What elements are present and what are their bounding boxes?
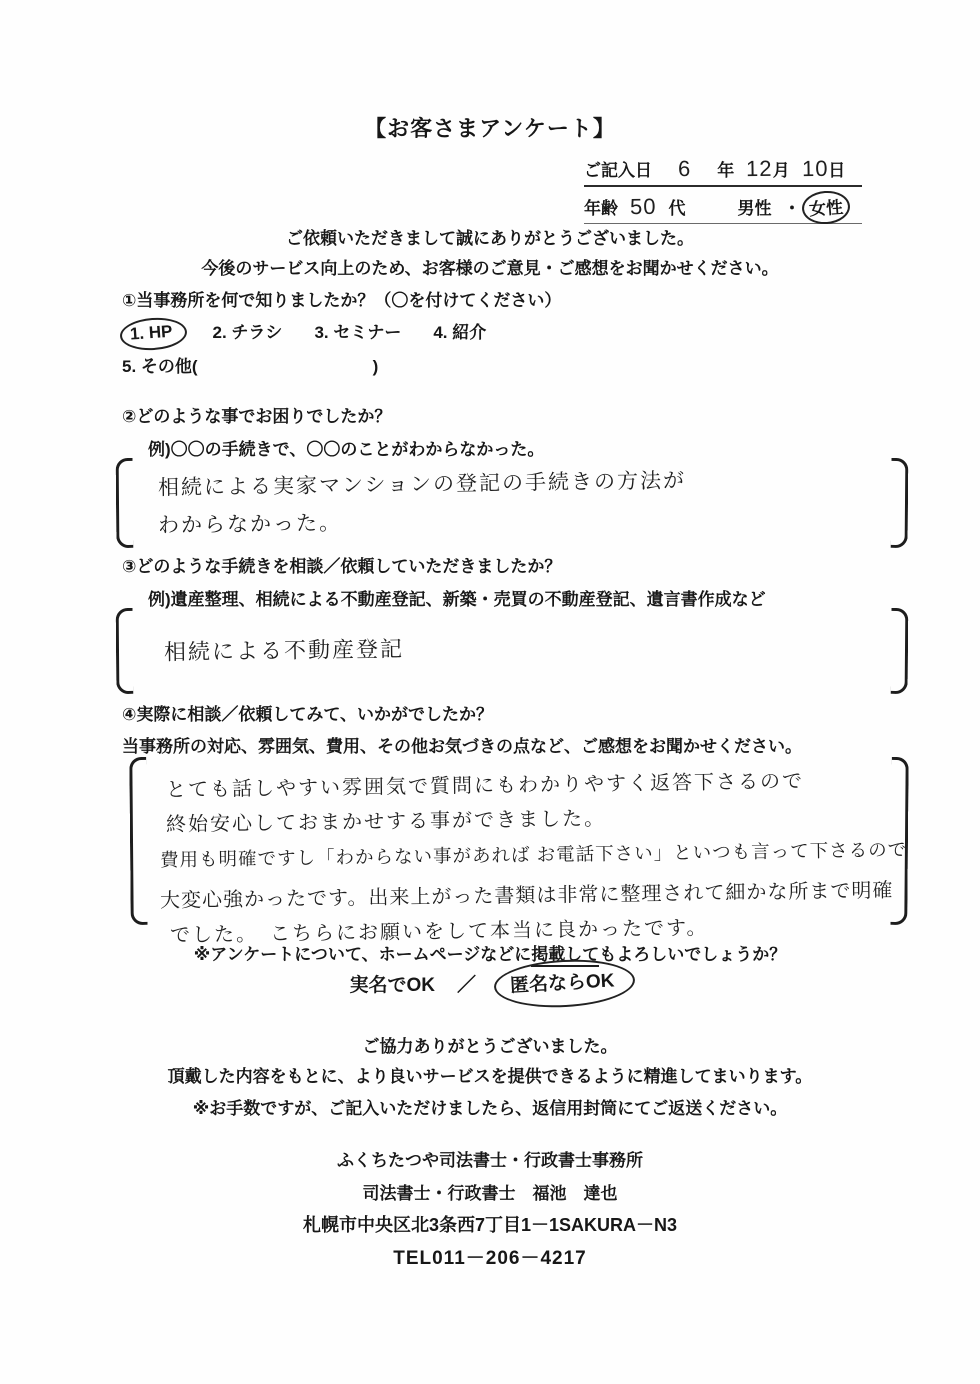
q4-answer-area: とても話しやすい雰囲気で質問にもわかりやすく返答下さるので 終始安心しておまかせ… bbox=[130, 757, 908, 925]
q1-question: ①当事務所を何で知りましたか？（〇を付けてください） bbox=[122, 286, 561, 311]
answer-bracket-right-icon bbox=[891, 608, 909, 694]
publish-question-suffix: もよろしいでしょうか？ bbox=[599, 945, 786, 964]
age-label: 年齢 bbox=[584, 194, 618, 219]
q1-option-other-suffix: ) bbox=[373, 357, 379, 376]
q4-handwritten-answer-line: 費用も明確ですし「わからない事があれば お電話下さい」といつも言って下さるので bbox=[160, 836, 907, 872]
footer-telephone: TEL011－206－4217 bbox=[0, 1243, 980, 1270]
q3-handwritten-answer-line: 相続による不動産登記 bbox=[164, 632, 404, 666]
gender-option-female: 女性 bbox=[809, 198, 844, 219]
handwritten-selection-circle-hp: 1. HP bbox=[119, 316, 188, 353]
closing-thanks-line: ご協力ありがとうございました。 bbox=[0, 1032, 980, 1057]
q2-answer-area: 相続による実家マンションの登記の手続きの方法が わからなかった。 bbox=[116, 458, 908, 548]
q2-example: 例)〇〇の手続きで、〇〇のことがわからなかった。 bbox=[148, 435, 544, 460]
intro-purpose-line: 今後のサービス向上のため、お客様のご意見・ご感想をお聞かせください。 bbox=[0, 254, 980, 279]
q3-question: ③どのような手続きを相談／依頼していただきましたか？ bbox=[122, 552, 561, 577]
publish-options-row: 実名でOK ／ 匿名ならOK bbox=[0, 970, 980, 997]
footer-office-name: ふくちたつや司法書士・行政書士事務所 bbox=[0, 1146, 980, 1171]
footer-representative: 司法書士・行政書士 福池 達也 bbox=[0, 1179, 980, 1204]
q2-handwritten-answer-line: 相続による実家マンションの登記の手続きの方法が bbox=[158, 464, 686, 501]
year-unit-label: 年 bbox=[717, 156, 734, 181]
publish-options-separator: ／ bbox=[457, 970, 476, 997]
answer-bracket-left-icon bbox=[129, 757, 147, 925]
handwritten-year-value: 6 bbox=[678, 156, 692, 182]
intro-thanks-line: ご依頼いただきまして誠にありがとうございました。 bbox=[0, 224, 980, 249]
gender-option-male: 男性 bbox=[737, 194, 771, 219]
handwritten-month-value: 12 bbox=[746, 156, 773, 182]
q4-handwritten-answer-line: 終始安心しておまかせする事ができました。 bbox=[166, 802, 606, 837]
answer-bracket-left-icon bbox=[116, 608, 134, 694]
q3-answer-area: 相続による不動産登記 bbox=[116, 608, 908, 694]
q4-question: ④実際に相談／依頼してみて、いかがでしたか？ bbox=[122, 700, 493, 725]
gender-separator-dot: ・ bbox=[783, 194, 800, 219]
q1-option-hp: 1. HP bbox=[129, 322, 173, 344]
answer-bracket-right-icon bbox=[891, 458, 909, 548]
answer-bracket-left-icon bbox=[116, 458, 134, 548]
publish-permission-question: ※アンケートについて、ホームページなどに掲載してもよろしいでしょうか？ bbox=[0, 940, 980, 965]
handwritten-selection-circle-female: 女性 bbox=[801, 189, 851, 225]
date-label: ご記入日 bbox=[584, 156, 652, 181]
publish-question-prefix: ※アンケートについて、ホームページなどに bbox=[194, 945, 532, 964]
q1-option-other-prefix: 5. その他( bbox=[122, 357, 198, 376]
document-title: 【お客さまアンケート】 bbox=[0, 112, 980, 143]
scanned-survey-document: 【お客さまアンケート】 ご記入日 6 年 12 月 10 日 年齢 50 代 男… bbox=[0, 0, 980, 1384]
q3-example: 例)遺産整理、相続による不動産登記、新築・売買の不動産登記、遺言書作成など bbox=[148, 585, 766, 610]
handwritten-age-value: 50 bbox=[630, 194, 657, 220]
month-unit-label: 月 bbox=[773, 156, 790, 181]
q1-option-referral: 4. 紹介 bbox=[433, 318, 486, 343]
date-row: ご記入日 6 年 12 月 10 日 bbox=[584, 156, 862, 187]
closing-return-instruction-line: ※お手数ですが、ご記入いただけましたら、返信用封筒にてご返送ください。 bbox=[0, 1094, 980, 1119]
closing-improvement-line: 頂戴した内容をもとに、より良いサービスを提供できるように精進してまいります。 bbox=[0, 1062, 980, 1087]
publish-option-real-name: 実名でOK bbox=[349, 970, 435, 997]
age-unit-label: 代 bbox=[668, 194, 685, 219]
q1-option-flyer: 2. チラシ bbox=[213, 318, 283, 343]
q1-option-seminar: 3. セミナー bbox=[314, 318, 401, 343]
q4-subtitle: 当事務所の対応、雰囲気、費用、その他お気づきの点など、ご感想をお聞かせください。 bbox=[122, 732, 802, 757]
footer-address: 札幌市中央区北3条西7丁目1－1SAKURA－N3 bbox=[0, 1211, 980, 1237]
publish-option-anonymous: 匿名ならOK bbox=[510, 970, 615, 996]
q2-question: ②どのような事でお困りでしたか？ bbox=[122, 402, 391, 427]
q1-options-row: 1. HP 2. チラシ 3. セミナー 4. 紹介 bbox=[128, 318, 486, 343]
q1-option-other: 5. その他() bbox=[122, 352, 378, 377]
age-gender-row: 年齢 50 代 男性 ・ 女性 bbox=[584, 194, 862, 224]
q4-handwritten-answer-line: とても話しやすい雰囲気で質問にもわかりやすく返答下さるので bbox=[166, 765, 804, 803]
day-unit-label: 日 bbox=[828, 156, 845, 181]
q2-handwritten-answer-line: わからなかった。 bbox=[158, 507, 342, 540]
q4-handwritten-answer-line: 大変心強かったです。出来上がった書類は非常に整理されて細かな所まで明確 bbox=[160, 874, 894, 913]
header-fill-in-block: ご記入日 6 年 12 月 10 日 年齢 50 代 男性 ・ 女性 bbox=[584, 156, 862, 231]
handwritten-day-value: 10 bbox=[802, 156, 829, 182]
